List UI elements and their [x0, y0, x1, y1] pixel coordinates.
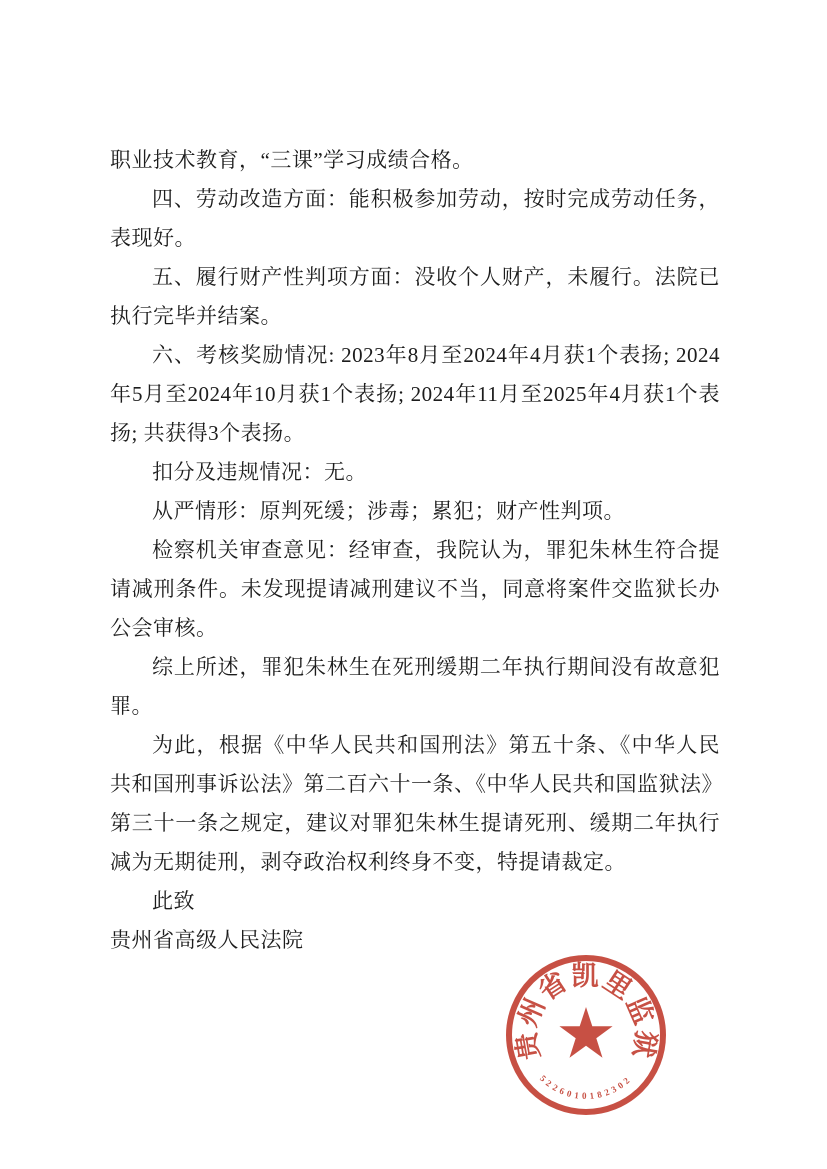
document-line: 六、考核奖励情况: 2023年8月至2024年4月获1个表扬; 2024: [110, 336, 720, 375]
official-seal: 贵州省凯里监狱 5226010182302: [496, 945, 676, 1125]
document-line: 从严情形：原判死缓；涉毒；累犯；财产性判项。: [110, 492, 720, 531]
document-line: 扬; 共获得3个表扬。: [110, 414, 720, 453]
seal-org-textpath: 贵州省凯里监狱: [511, 961, 662, 1062]
document-line: 检察机关审查意见：经审查，我院认为，罪犯朱林生符合提: [110, 531, 720, 570]
document-line: 请减刑条件。未发现提请减刑建议不当，同意将案件交监狱长办: [110, 570, 720, 609]
document-line: 表现好。: [110, 219, 720, 258]
document-line: 执行完毕并结案。: [110, 297, 720, 336]
document-line: 年5月至2024年10月获1个表扬; 2024年11月至2025年4月获1个表: [110, 375, 720, 414]
document-line: 罪。: [110, 687, 720, 726]
document-line: 此致: [110, 882, 720, 921]
seal-code-text: 5226010182302: [538, 1073, 634, 1101]
document-page: 职业技术教育，“三课”学习成绩合格。 四、劳动改造方面：能积极参加劳动，按时完成…: [0, 0, 827, 1169]
document-line: 公会审核。: [110, 609, 720, 648]
document-line: 第三十一条之规定，建议对罪犯朱林生提请死刑、缓期二年执行: [110, 804, 720, 843]
document-line: 四、劳动改造方面：能积极参加劳动，按时完成劳动任务，: [110, 180, 720, 219]
seal-code-textpath: 5226010182302: [538, 1073, 634, 1101]
document-line: 贵州省高级人民法院: [110, 921, 720, 960]
seal-ring: [509, 958, 663, 1112]
document-line: 职业技术教育，“三课”学习成绩合格。: [110, 141, 720, 180]
document-line: 减为无期徒刑，剥夺政治权利终身不变，特提请裁定。: [110, 843, 720, 882]
document-line: 共和国刑事诉讼法》第二百六十一条、《中华人民共和国监狱法》: [110, 765, 720, 804]
seal-org-text: 贵州省凯里监狱: [511, 961, 662, 1062]
document-line: 综上所述，罪犯朱林生在死刑缓期二年执行期间没有故意犯: [110, 648, 720, 687]
document-line: 为此，根据《中华人民共和国刑法》第五十条、《中华人民: [110, 726, 720, 765]
document-body: 职业技术教育，“三课”学习成绩合格。 四、劳动改造方面：能积极参加劳动，按时完成…: [110, 141, 720, 960]
document-line: 扣分及违规情况：无。: [110, 453, 720, 492]
red-star-icon: [559, 1007, 612, 1058]
document-line: 五、履行财产性判项方面：没收个人财产，未履行。法院已: [110, 258, 720, 297]
